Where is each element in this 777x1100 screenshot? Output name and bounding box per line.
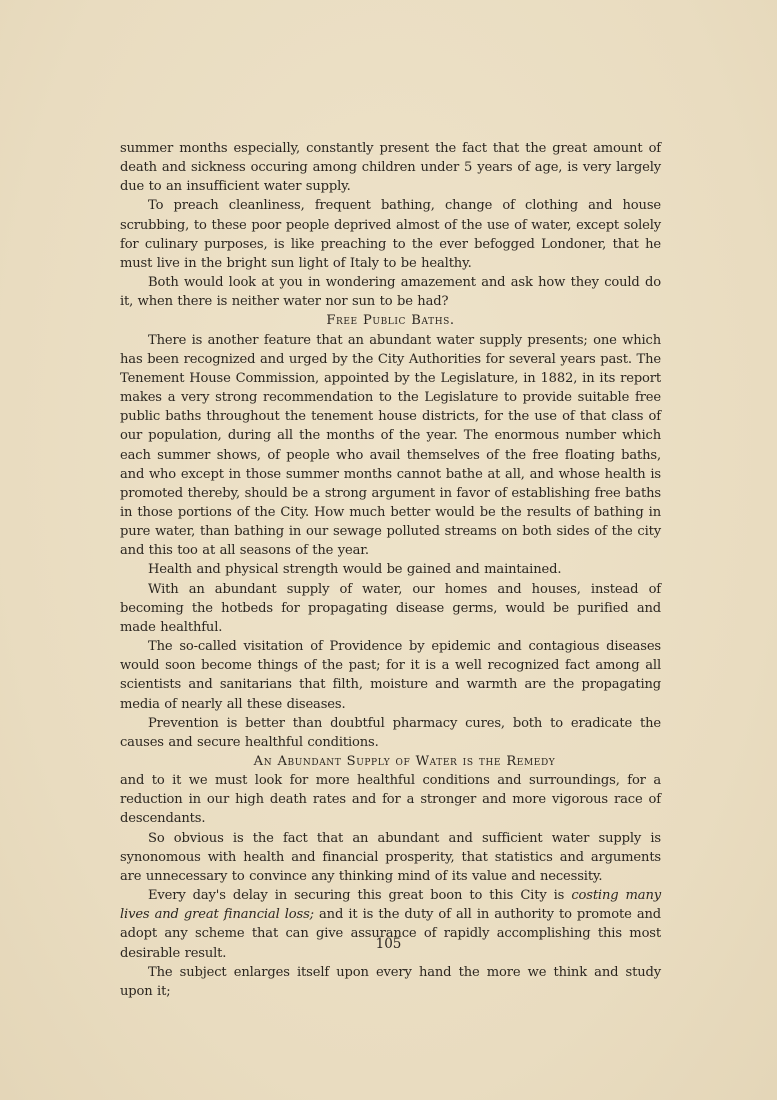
paragraph-remedy-continued: and to it we must look for more healthfu… (120, 771, 661, 828)
page-body: summer months especially, constantly pre… (120, 139, 661, 1001)
paragraph-cleanliness: To preach cleanliness, frequent bathing,… (120, 196, 661, 273)
paragraph-prevention: Prevention is better than doubtful pharm… (120, 714, 661, 752)
paragraph-health: Health and physical strength would be ga… (120, 560, 661, 579)
delay-text-start: Every day's delay in securing this great… (148, 888, 571, 903)
page-number: 105 (0, 936, 777, 952)
paragraph-visitation: The so-called visitation of Providence b… (120, 637, 661, 714)
paragraph-subject: The subject enlarges itself upon every h… (120, 963, 661, 1001)
paragraph-amazement: Both would look at you in wondering amaz… (120, 273, 661, 311)
paragraph-obvious: So obvious is the fact that an abundant … (120, 829, 661, 886)
paragraph-public-baths: There is another feature that an abundan… (120, 331, 661, 561)
paragraph-abundant-supply: With an abundant supply of water, our ho… (120, 580, 661, 637)
paragraph-continued: summer months especially, constantly pre… (120, 139, 661, 196)
section-heading-remedy: An Abundant Supply of Water is the Remed… (120, 752, 661, 771)
section-heading-free-public-baths: Free Public Baths. (120, 311, 661, 330)
